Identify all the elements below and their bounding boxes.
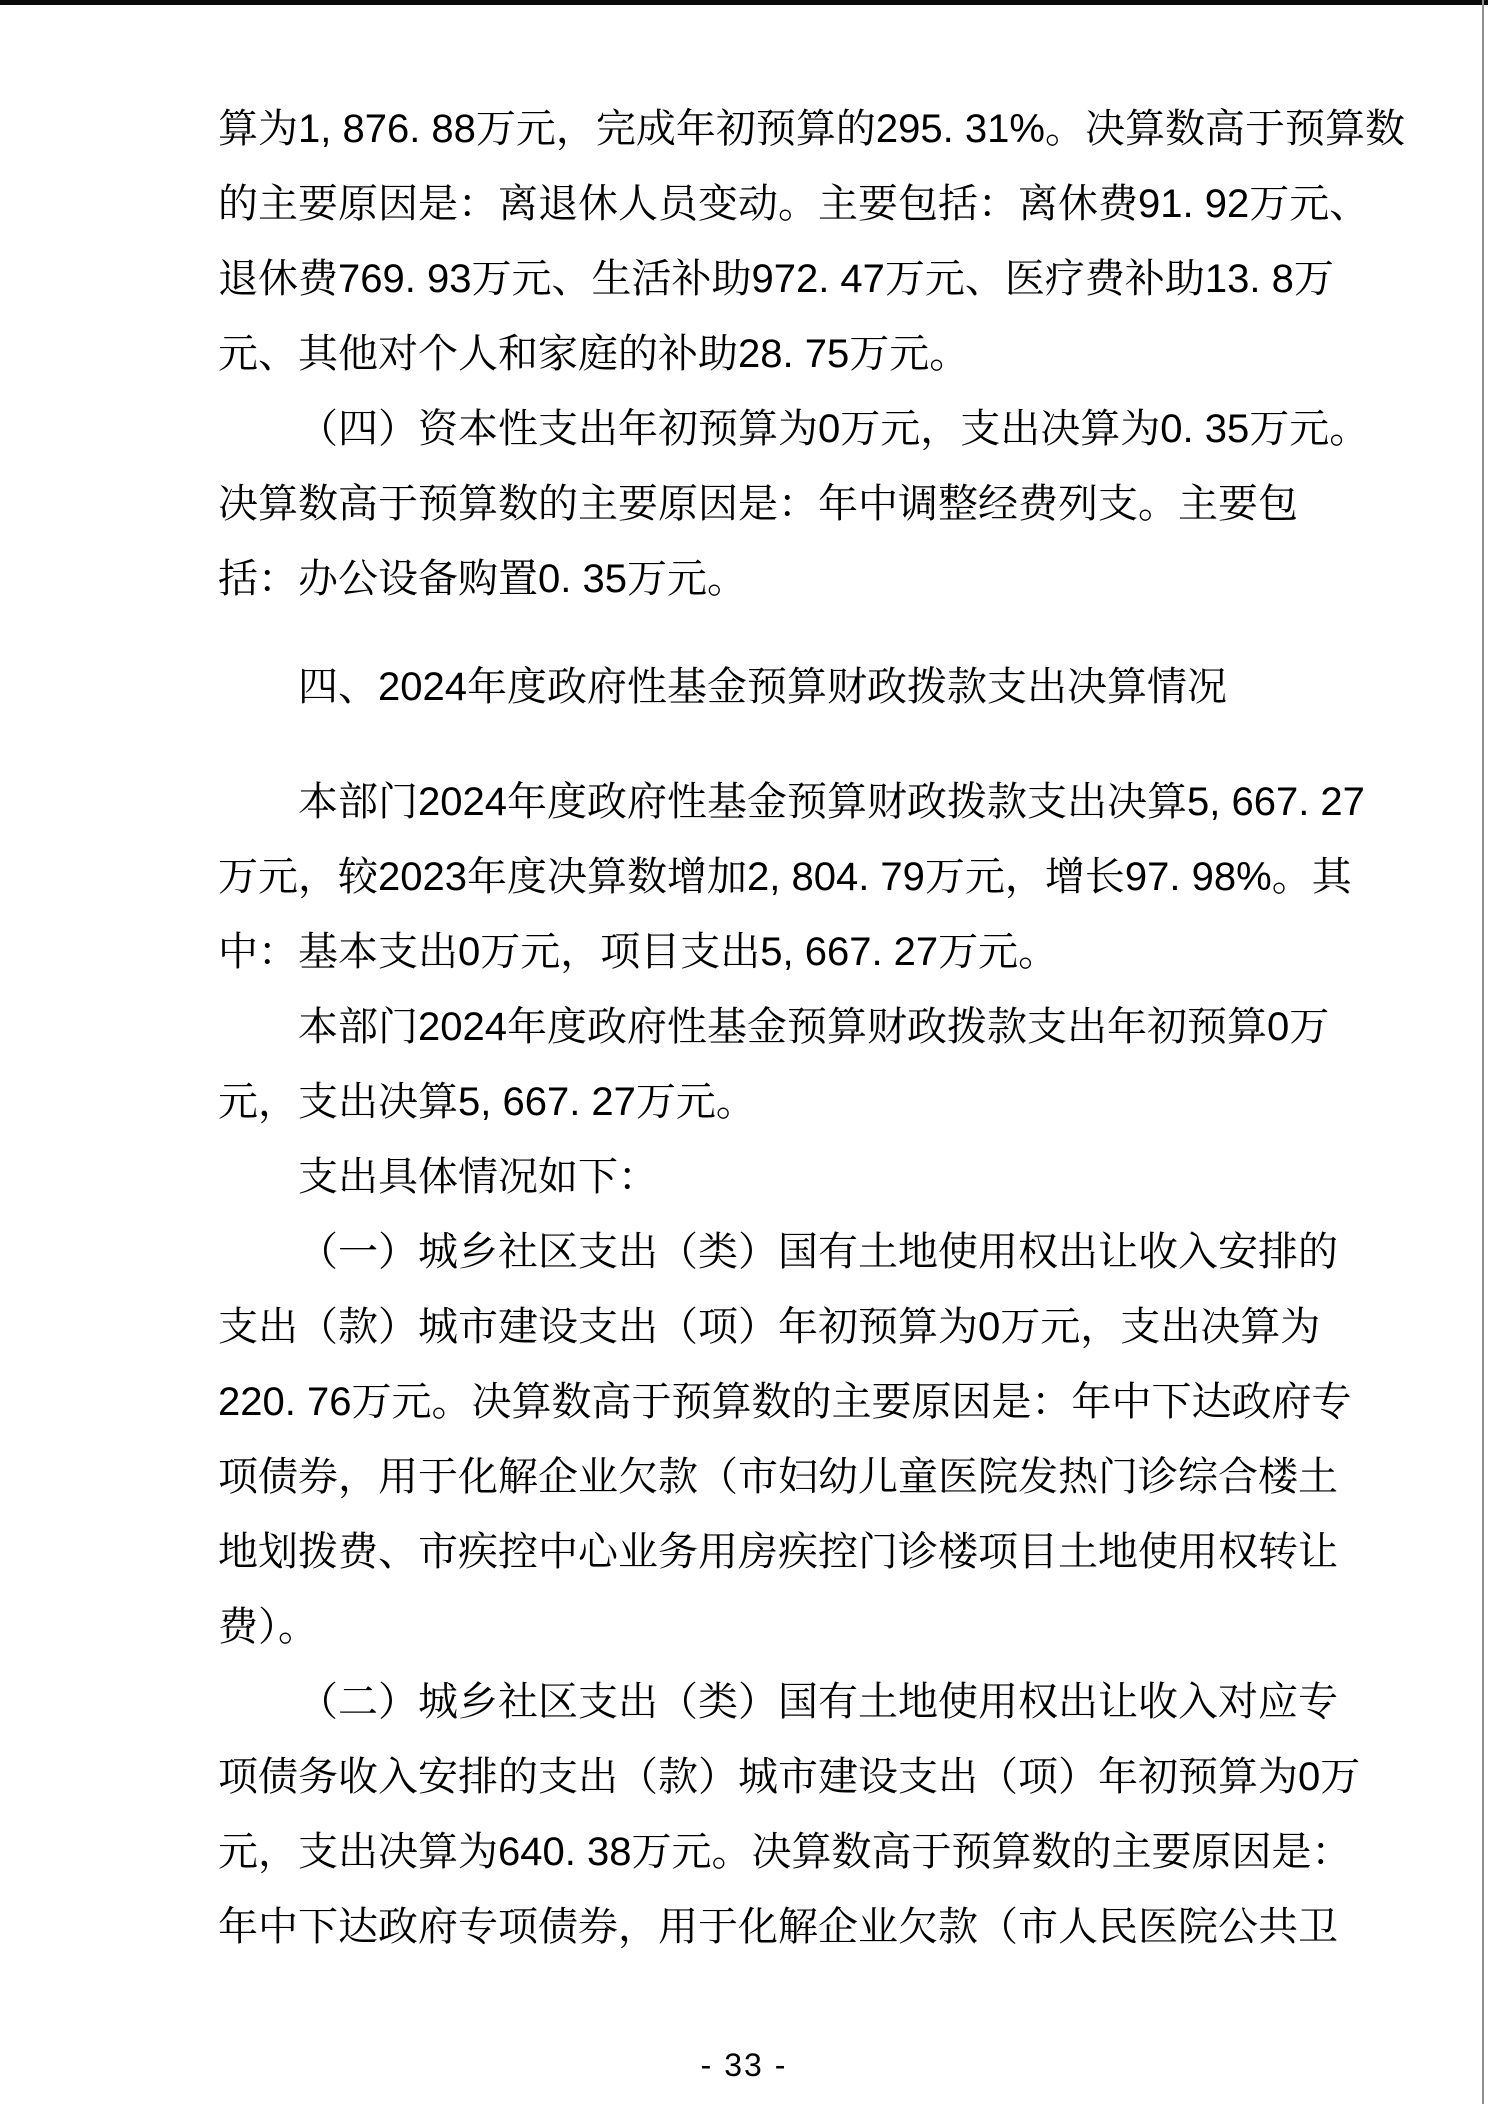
text-line: 算为1, 876. 88万元，完成年初预算的295. 31%。决算数高于预算数 xyxy=(218,92,1348,167)
text-line: （四）资本性支出年初预算为0万元，支出决算为0. 35万元。 xyxy=(218,392,1348,467)
text-line: 地划拨费、市疾控中心业务用房疾控门诊楼项目土地使用权转让 xyxy=(218,1515,1348,1590)
text-line: 元、其他对个人和家庭的补助28. 75万元。 xyxy=(218,317,1348,392)
text-line: 项债券，用于化解企业欠款（市妇幼儿童医院发热门诊综合楼土 xyxy=(218,1440,1348,1515)
text-line: 220. 76万元。决算数高于预算数的主要原因是：年中下达政府专 xyxy=(218,1365,1348,1440)
text-line: 的主要原因是：离退休人员变动。主要包括：离休费91. 92万元、 xyxy=(218,167,1348,242)
text-line: 本部门2024年度政府性基金预算财政拨款支出决算5, 667. 27 xyxy=(218,765,1348,840)
text-line: 中：基本支出0万元，项目支出5, 667. 27万元。 xyxy=(218,915,1348,990)
text-line: 万元，较2023年度决算数增加2, 804. 79万元，增长97. 98%。其 xyxy=(218,840,1348,915)
text-line: 元，支出决算5, 667. 27万元。 xyxy=(218,1065,1348,1140)
text-line: 费）。 xyxy=(218,1590,1348,1665)
text-line: 决算数高于预算数的主要原因是：年中调整经费列支。主要包 xyxy=(218,467,1348,542)
section-heading: 四、2024年度政府性基金预算财政拨款支出决算情况 xyxy=(218,650,1348,725)
page-right-border xyxy=(1482,0,1484,2104)
page-number: - 33 - xyxy=(0,2046,1488,2084)
text-line: 支出（款）城市建设支出（项）年初预算为0万元，支出决算为 xyxy=(218,1290,1348,1365)
text-line: 年中下达政府专项债券，用于化解企业欠款（市人民医院公共卫 xyxy=(218,1890,1348,1965)
text-line: 项债务收入安排的支出（款）城市建设支出（项）年初预算为0万 xyxy=(218,1740,1348,1815)
text-line: 本部门2024年度政府性基金预算财政拨款支出年初预算0万 xyxy=(218,990,1348,1065)
text-line: 括：办公设备购置0. 35万元。 xyxy=(218,542,1348,617)
document-page: 算为1, 876. 88万元，完成年初预算的295. 31%。决算数高于预算数的… xyxy=(218,92,1348,1965)
text-line: 退休费769. 93万元、生活补助972. 47万元、医疗费补助13. 8万 xyxy=(218,242,1348,317)
text-line: 元，支出决算为640. 38万元。决算数高于预算数的主要原因是： xyxy=(218,1815,1348,1890)
text-line: 支出具体情况如下： xyxy=(218,1140,1348,1215)
top-border-bar xyxy=(0,0,1488,5)
text-line: （二）城乡社区支出（类）国有土地使用权出让收入对应专 xyxy=(218,1665,1348,1740)
text-line: （一）城乡社区支出（类）国有土地使用权出让收入安排的 xyxy=(218,1215,1348,1290)
